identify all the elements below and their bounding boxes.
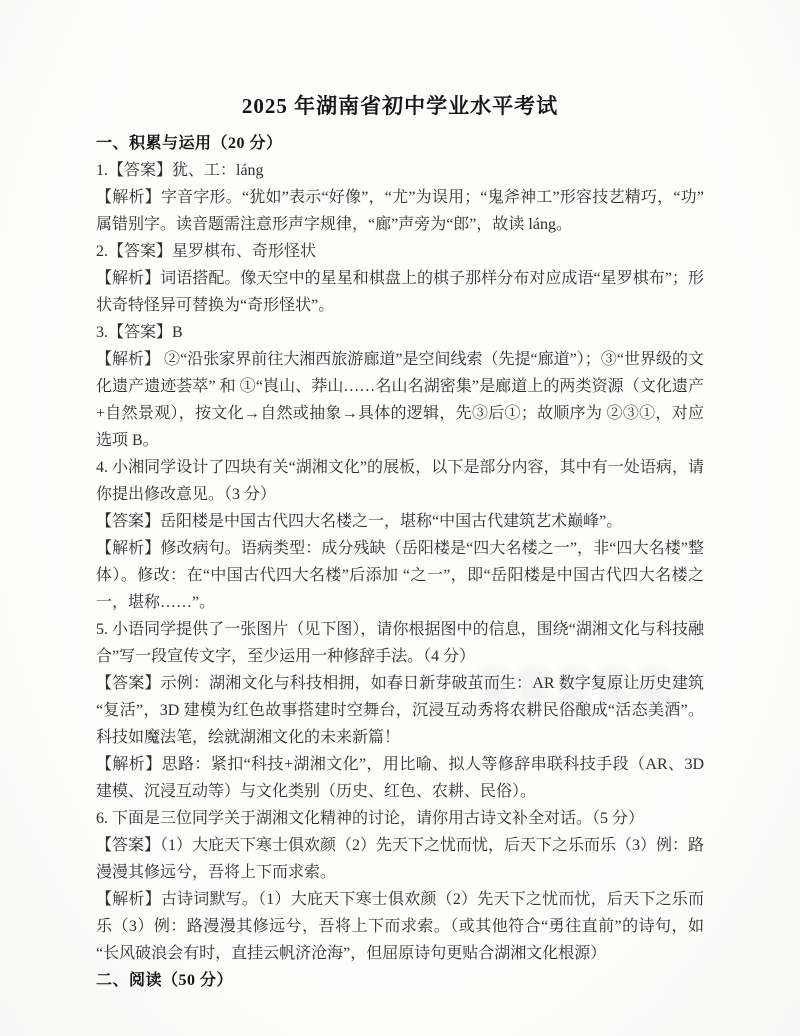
answer-paragraph-list: 1.【答案】犹、工：láng【解析】字音字形。“犹如”表示“好像”，“尤”为误用… (96, 157, 704, 967)
section-heading-reading: 二、阅读（50 分） (96, 967, 704, 994)
section-heading-accumulation: 一、积累与运用（20 分） (96, 130, 704, 157)
page-title: 2025 年湖南省初中学业水平考试 (0, 0, 800, 120)
q6-question: 6. 下面是三位同学关于湖湘文化精神的讨论，请你用古诗文补全对话。（5 分） (96, 805, 704, 832)
q1-answer: 1.【答案】犹、工：láng (96, 157, 704, 184)
q6-analysis: 【解析】古诗词默写。（1）大庇天下寒士俱欢颜（2）先天下之忧而忧，后天下之乐而乐… (96, 886, 704, 967)
exam-answer-document-page: 2025 年湖南省初中学业水平考试 一、积累与运用（20 分） 1.【答案】犹、… (0, 0, 800, 1036)
q5-analysis: 【解析】思路：紧扣“科技+湖湘文化”，用比喻、拟人等修辞串联科技手段（AR、3D… (96, 751, 704, 805)
q2-answer: 2.【答案】星罗棋布、奇形怪状 (96, 238, 704, 265)
q3-analysis: 【解析】 ②“沿张家界前往大湘西旅游廊道”是空间线索（先提“廊道”）；③“世界级… (96, 346, 704, 454)
q4-question: 4. 小湘同学设计了四块有关“湖湘文化”的展板，以下是部分内容，其中有一处语病，… (96, 454, 704, 508)
q2-analysis: 【解析】词语搭配。像天空中的星星和棋盘上的棋子那样分布对应成语“星罗棋布”；形状… (96, 265, 704, 319)
q5-question: 5. 小语同学提供了一张图片（见下图），请你根据图中的信息，围绕“湖湘文化与科技… (96, 616, 704, 670)
q6-answer: 【答案】（1）大庇天下寒士俱欢颜（2）先天下之忧而忧，后天下之乐而乐（3）例：路… (96, 832, 704, 886)
q4-answer: 【答案】岳阳楼是中国古代四大名楼之一，堪称“中国古代建筑艺术巅峰”。 (96, 508, 704, 535)
q5-answer: 【答案】示例：湖湘文化与科技相拥，如春日新芽破茧而生：AR 数字复原让历史建筑“… (96, 670, 704, 751)
q1-analysis: 【解析】字音字形。“犹如”表示“好像”，“尤”为误用；“鬼斧神工”形容技艺精巧，… (96, 184, 704, 238)
document-body: 一、积累与运用（20 分） 1.【答案】犹、工：láng【解析】字音字形。“犹如… (96, 130, 704, 994)
q4-analysis: 【解析】修改病句。语病类型：成分残缺（岳阳楼是“四大名楼之一”，非“四大名楼”整… (96, 535, 704, 616)
q3-answer: 3.【答案】B (96, 319, 704, 346)
